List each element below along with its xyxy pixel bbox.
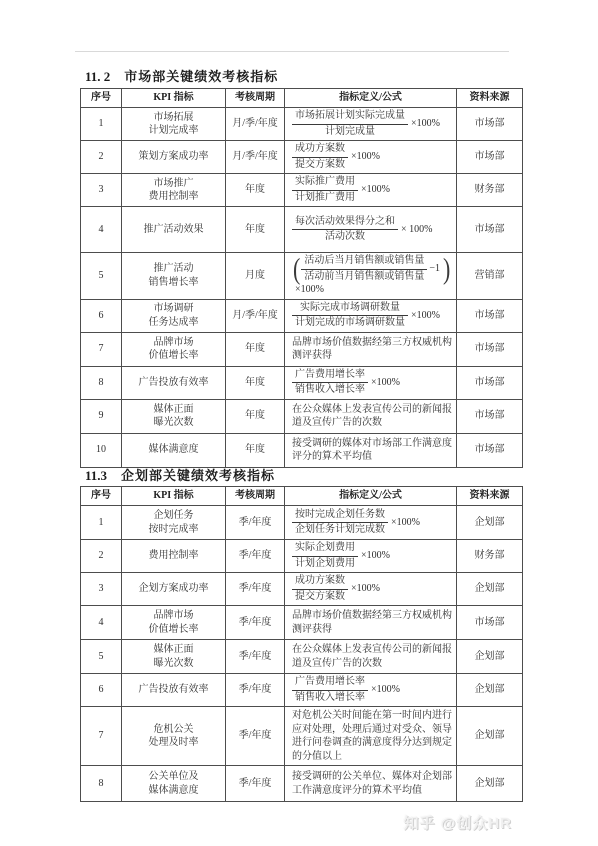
col-header-period: 考核周期 bbox=[226, 487, 285, 506]
cell-source: 财务部 bbox=[457, 540, 523, 573]
formula: 市场拓展计划实际完成量计划完成量×100% bbox=[292, 118, 440, 129]
cell-kpi: 广告投放有效率 bbox=[122, 674, 226, 707]
cell-index: 1 bbox=[81, 506, 122, 540]
cell-index: 5 bbox=[81, 253, 122, 300]
cell-formula: 成功方案数提交方案数×100% bbox=[285, 573, 457, 606]
cell-source: 企划部 bbox=[457, 674, 523, 707]
cell-source: 市场部 bbox=[457, 606, 523, 640]
fraction-denominator: 销售收入增长率 bbox=[292, 383, 368, 397]
cell-kpi: 策划方案成功率 bbox=[122, 141, 226, 174]
kpi-line: 曝光次数 bbox=[126, 657, 221, 671]
fraction-numerator: 成功方案数 bbox=[292, 575, 348, 590]
cell-kpi: 费用控制率 bbox=[122, 540, 226, 573]
kpi-line: 市场推广 bbox=[126, 177, 221, 191]
formula-fraction: 实际完成市场调研数量计划完成的市场调研数量 bbox=[292, 302, 408, 330]
kpi-line: 企划方案成功率 bbox=[126, 582, 221, 596]
col-header-source: 资料来源 bbox=[457, 89, 523, 108]
section-number: 11. 2 bbox=[85, 69, 110, 84]
cell-kpi: 市场拓展计划完成率 bbox=[122, 108, 226, 141]
cell-source: 市场部 bbox=[457, 299, 523, 332]
cell-kpi: 媒体正面曝光次数 bbox=[122, 399, 226, 433]
cell-index: 6 bbox=[81, 674, 122, 707]
cell-source: 市场部 bbox=[457, 207, 523, 253]
cell-period: 季/年度 bbox=[226, 640, 285, 674]
fraction-numerator: 广告费用增长率 bbox=[292, 676, 368, 691]
fraction-denominator: 计划企划费用 bbox=[292, 557, 358, 571]
cell-period: 月/季/年度 bbox=[226, 299, 285, 332]
table-row: 3企划方案成功率季/年度成功方案数提交方案数×100%企划部 bbox=[81, 573, 523, 606]
fraction-denominator: 提交方案数 bbox=[292, 158, 348, 172]
cell-index: 3 bbox=[81, 573, 122, 606]
table-row: 4品牌市场价值增长率季/年度品牌市场价值数据经第三方权威机构测评获得市场部 bbox=[81, 606, 523, 640]
formula: 接受调研的媒体对市场部工作满意度评分的算术平均值 bbox=[292, 438, 452, 463]
cell-source: 市场部 bbox=[457, 332, 523, 366]
kpi-table-marketing: 序号 KPI 指标 考核周期 指标定义/公式 资料来源 1市场拓展计划完成率月/… bbox=[80, 88, 523, 468]
table-row: 7危机公关处理及时率季/年度对危机公关时间能在第一时间内进行应对处理，处理后通过… bbox=[81, 707, 523, 766]
table-row: 5媒体正面曝光次数季/年度在公众媒体上发表宣传公司的新闻报道及宣传广告的次数企划… bbox=[81, 640, 523, 674]
cell-kpi: 企划任务按时完成率 bbox=[122, 506, 226, 540]
cell-source: 市场部 bbox=[457, 108, 523, 141]
right-paren: ) bbox=[442, 254, 451, 284]
formula-multiplier: ×100% bbox=[371, 376, 400, 390]
table-header-row: 序号 KPI 指标 考核周期 指标定义/公式 资料来源 bbox=[81, 487, 523, 506]
document-page: 11. 2市场部关键绩效考核指标 序号 KPI 指标 考核周期 指标定义/公式 … bbox=[0, 0, 598, 846]
cell-kpi: 品牌市场价值增长率 bbox=[122, 332, 226, 366]
fraction-denominator: 活动前当月销售额或销售量 bbox=[301, 270, 427, 284]
formula: 按时完成企划任务数企划任务计划完成数×100% bbox=[292, 517, 420, 528]
table-row: 3市场推广费用控制率年度实际推广费用计划推广费用×100%财务部 bbox=[81, 174, 523, 207]
kpi-line: 媒体正面 bbox=[126, 643, 221, 657]
cell-formula: 品牌市场价值数据经第三方权威机构测评获得 bbox=[285, 332, 457, 366]
formula-fraction: 按时完成企划任务数企划任务计划完成数 bbox=[292, 509, 388, 537]
kpi-line: 价值增长率 bbox=[126, 623, 221, 637]
cell-index: 5 bbox=[81, 640, 122, 674]
fraction-numerator: 成功方案数 bbox=[292, 143, 348, 158]
section-title: 市场部关键绩效考核指标 bbox=[124, 69, 278, 84]
section-heading-11-2: 11. 2市场部关键绩效考核指标 bbox=[85, 66, 278, 85]
cell-index: 4 bbox=[81, 606, 122, 640]
fraction-numerator: 实际企划费用 bbox=[292, 542, 358, 557]
cell-source: 企划部 bbox=[457, 640, 523, 674]
formula: 接受调研的公关单位、媒体对企划部工作满意度评分的算术平均值 bbox=[292, 771, 452, 796]
formula-text: 品牌市场价值数据经第三方权威机构测评获得 bbox=[292, 610, 452, 635]
cell-index: 4 bbox=[81, 207, 122, 253]
formula-text: 品牌市场价值数据经第三方权威机构测评获得 bbox=[292, 337, 452, 362]
cell-period: 季/年度 bbox=[226, 766, 285, 802]
col-header-kpi: KPI 指标 bbox=[122, 487, 226, 506]
fraction-denominator: 提交方案数 bbox=[292, 590, 348, 604]
cell-source: 市场部 bbox=[457, 366, 523, 399]
cell-index: 3 bbox=[81, 174, 122, 207]
cell-index: 6 bbox=[81, 299, 122, 332]
formula: 广告费用增长率销售收入增长率×100% bbox=[292, 377, 400, 388]
kpi-line: 品牌市场 bbox=[126, 336, 221, 350]
cell-formula: (活动后当月销售额或销售量活动前当月销售额或销售量−1)×100% bbox=[285, 253, 457, 300]
formula: 实际企划费用计划企划费用×100% bbox=[292, 550, 390, 561]
fraction-denominator: 计划推广费用 bbox=[292, 191, 358, 205]
kpi-line: 处理及时率 bbox=[126, 736, 221, 750]
cell-period: 年度 bbox=[226, 207, 285, 253]
cell-source: 市场部 bbox=[457, 433, 523, 467]
col-header-formula: 指标定义/公式 bbox=[285, 487, 457, 506]
table-row: 8公关单位及媒体满意度季/年度接受调研的公关单位、媒体对企划部工作满意度评分的算… bbox=[81, 766, 523, 802]
fraction-numerator: 市场拓展计划实际完成量 bbox=[292, 110, 408, 125]
cell-source: 市场部 bbox=[457, 141, 523, 174]
cell-formula: 实际完成市场调研数量计划完成的市场调研数量×100% bbox=[285, 299, 457, 332]
kpi-line: 广告投放有效率 bbox=[126, 683, 221, 697]
fraction-denominator: 计划完成量 bbox=[292, 125, 408, 139]
kpi-line: 销售增长率 bbox=[126, 276, 221, 290]
formula-fraction: 市场拓展计划实际完成量计划完成量 bbox=[292, 110, 408, 138]
formula: 广告费用增长率销售收入增长率×100% bbox=[292, 684, 400, 695]
fraction-numerator: 实际推广费用 bbox=[292, 176, 358, 191]
fraction-numerator: 广告费用增长率 bbox=[292, 369, 368, 384]
kpi-line: 媒体满意度 bbox=[126, 443, 221, 457]
cell-formula: 广告费用增长率销售收入增长率×100% bbox=[285, 674, 457, 707]
cell-period: 年度 bbox=[226, 366, 285, 399]
formula-fraction: 成功方案数提交方案数 bbox=[292, 575, 348, 603]
kpi-line: 计划完成率 bbox=[126, 124, 221, 138]
cell-period: 月/季/年度 bbox=[226, 108, 285, 141]
kpi-line: 媒体正面 bbox=[126, 403, 221, 417]
fraction-denominator: 销售收入增长率 bbox=[292, 691, 368, 705]
formula-multiplier: ×100% bbox=[391, 516, 420, 530]
formula: 在公众媒体上发表宣传公司的新闻报道及宣传广告的次数 bbox=[292, 644, 452, 669]
header-rule bbox=[75, 51, 509, 52]
kpi-line: 推广活动效果 bbox=[126, 223, 221, 237]
cell-source: 企划部 bbox=[457, 707, 523, 766]
cell-source: 企划部 bbox=[457, 573, 523, 606]
formula-multiplier: ×100% bbox=[411, 309, 440, 323]
formula: (活动后当月销售额或销售量活动前当月销售额或销售量−1)×100% bbox=[292, 263, 451, 295]
cell-formula: 对危机公关时间能在第一时间内进行应对处理，处理后通过对受众、领导进行问卷调查的满… bbox=[285, 707, 457, 766]
formula-fraction: 成功方案数提交方案数 bbox=[292, 143, 348, 171]
kpi-line: 推广活动 bbox=[126, 262, 221, 276]
kpi-line: 危机公关 bbox=[126, 723, 221, 737]
fraction-numerator: 实际完成市场调研数量 bbox=[292, 302, 408, 317]
cell-source: 市场部 bbox=[457, 399, 523, 433]
table-body-planning: 1企划任务按时完成率季/年度按时完成企划任务数企划任务计划完成数×100%企划部… bbox=[81, 506, 523, 802]
formula: 每次活动效果得分之和活动次数× 100% bbox=[292, 224, 432, 235]
cell-kpi: 市场推广费用控制率 bbox=[122, 174, 226, 207]
cell-index: 9 bbox=[81, 399, 122, 433]
cell-source: 企划部 bbox=[457, 506, 523, 540]
table-row: 1企划任务按时完成率季/年度按时完成企划任务数企划任务计划完成数×100%企划部 bbox=[81, 506, 523, 540]
formula: 成功方案数提交方案数×100% bbox=[292, 583, 380, 594]
col-header-period: 考核周期 bbox=[226, 89, 285, 108]
cell-kpi: 广告投放有效率 bbox=[122, 366, 226, 399]
cell-period: 月度 bbox=[226, 253, 285, 300]
kpi-line: 曝光次数 bbox=[126, 416, 221, 430]
col-header-kpi: KPI 指标 bbox=[122, 89, 226, 108]
cell-source: 财务部 bbox=[457, 174, 523, 207]
formula-fraction: 广告费用增长率销售收入增长率 bbox=[292, 369, 368, 397]
cell-period: 年度 bbox=[226, 433, 285, 467]
cell-index: 7 bbox=[81, 707, 122, 766]
kpi-line: 价值增长率 bbox=[126, 349, 221, 363]
formula-fraction: 广告费用增长率销售收入增长率 bbox=[292, 676, 368, 704]
cell-period: 月/季/年度 bbox=[226, 141, 285, 174]
left-paren: ( bbox=[292, 254, 301, 284]
section-heading-11-3: 11.3企划部关键绩效考核指标 bbox=[85, 465, 275, 484]
cell-formula: 接受调研的公关单位、媒体对企划部工作满意度评分的算术平均值 bbox=[285, 766, 457, 802]
kpi-line: 任务达成率 bbox=[126, 316, 221, 330]
table-row: 6市场调研任务达成率月/季/年度实际完成市场调研数量计划完成的市场调研数量×10… bbox=[81, 299, 523, 332]
cell-period: 季/年度 bbox=[226, 674, 285, 707]
fraction-denominator: 计划完成的市场调研数量 bbox=[292, 316, 408, 330]
fraction-denominator: 企划任务计划完成数 bbox=[292, 523, 388, 537]
cell-period: 季/年度 bbox=[226, 506, 285, 540]
formula-text: 在公众媒体上发表宣传公司的新闻报道及宣传广告的次数 bbox=[292, 644, 452, 669]
cell-index: 2 bbox=[81, 141, 122, 174]
cell-period: 年度 bbox=[226, 399, 285, 433]
formula: 实际完成市场调研数量计划完成的市场调研数量×100% bbox=[292, 310, 440, 321]
cell-period: 季/年度 bbox=[226, 540, 285, 573]
cell-kpi: 品牌市场价值增长率 bbox=[122, 606, 226, 640]
cell-kpi: 媒体正面曝光次数 bbox=[122, 640, 226, 674]
cell-index: 8 bbox=[81, 766, 122, 802]
cell-source: 企划部 bbox=[457, 766, 523, 802]
cell-period: 年度 bbox=[226, 174, 285, 207]
formula-multiplier: × 100% bbox=[401, 223, 432, 237]
table-row: 5推广活动销售增长率月度(活动后当月销售额或销售量活动前当月销售额或销售量−1)… bbox=[81, 253, 523, 300]
cell-source: 营销部 bbox=[457, 253, 523, 300]
cell-kpi: 公关单位及媒体满意度 bbox=[122, 766, 226, 802]
formula-fraction: 活动后当月销售额或销售量活动前当月销售额或销售量 bbox=[301, 255, 427, 283]
cell-formula: 成功方案数提交方案数×100% bbox=[285, 141, 457, 174]
col-header-source: 资料来源 bbox=[457, 487, 523, 506]
fraction-numerator: 活动后当月销售额或销售量 bbox=[301, 255, 427, 270]
cell-index: 1 bbox=[81, 108, 122, 141]
cell-formula: 实际企划费用计划企划费用×100% bbox=[285, 540, 457, 573]
table-row: 10媒体满意度年度接受调研的媒体对市场部工作满意度评分的算术平均值市场部 bbox=[81, 433, 523, 467]
fraction-denominator: 活动次数 bbox=[292, 230, 398, 244]
kpi-line: 公关单位及 bbox=[126, 770, 221, 784]
cell-period: 季/年度 bbox=[226, 707, 285, 766]
formula-fraction: 每次活动效果得分之和活动次数 bbox=[292, 216, 398, 244]
table-row: 2费用控制率季/年度实际企划费用计划企划费用×100%财务部 bbox=[81, 540, 523, 573]
zhihu-watermark: 知乎 @创众HR bbox=[404, 812, 512, 833]
minus-one: −1 bbox=[429, 262, 440, 276]
cell-index: 2 bbox=[81, 540, 122, 573]
cell-period: 季/年度 bbox=[226, 573, 285, 606]
fraction-numerator: 按时完成企划任务数 bbox=[292, 509, 388, 524]
table-row: 9媒体正面曝光次数年度在公众媒体上发表宣传公司的新闻报道及宣传广告的次数市场部 bbox=[81, 399, 523, 433]
section-title: 企划部关键绩效考核指标 bbox=[121, 468, 275, 483]
formula-multiplier: ×100% bbox=[411, 117, 440, 131]
formula-multiplier: ×100% bbox=[351, 150, 380, 164]
kpi-line: 费用控制率 bbox=[126, 190, 221, 204]
cell-period: 季/年度 bbox=[226, 606, 285, 640]
table-body-marketing: 1市场拓展计划完成率月/季/年度市场拓展计划实际完成量计划完成量×100%市场部… bbox=[81, 108, 523, 468]
table-row: 4推广活动效果年度每次活动效果得分之和活动次数× 100%市场部 bbox=[81, 207, 523, 253]
cell-formula: 市场拓展计划实际完成量计划完成量×100% bbox=[285, 108, 457, 141]
formula-multiplier: ×100% bbox=[351, 582, 380, 596]
kpi-line: 企划任务 bbox=[126, 509, 221, 523]
kpi-line: 策划方案成功率 bbox=[126, 150, 221, 164]
table-row: 6广告投放有效率季/年度广告费用增长率销售收入增长率×100%企划部 bbox=[81, 674, 523, 707]
kpi-line: 按时完成率 bbox=[126, 523, 221, 537]
formula-fraction: 实际推广费用计划推广费用 bbox=[292, 176, 358, 204]
cell-kpi: 市场调研任务达成率 bbox=[122, 299, 226, 332]
formula-text: 接受调研的媒体对市场部工作满意度评分的算术平均值 bbox=[292, 438, 452, 463]
kpi-line: 费用控制率 bbox=[126, 549, 221, 563]
cell-period: 年度 bbox=[226, 332, 285, 366]
table-row: 1市场拓展计划完成率月/季/年度市场拓展计划实际完成量计划完成量×100%市场部 bbox=[81, 108, 523, 141]
kpi-line: 品牌市场 bbox=[126, 609, 221, 623]
table-row: 8广告投放有效率年度广告费用增长率销售收入增长率×100%市场部 bbox=[81, 366, 523, 399]
cell-formula: 按时完成企划任务数企划任务计划完成数×100% bbox=[285, 506, 457, 540]
section-number: 11.3 bbox=[85, 468, 107, 483]
formula: 实际推广费用计划推广费用×100% bbox=[292, 184, 390, 195]
formula-text: 对危机公关时间能在第一时间内进行应对处理，处理后通过对受众、领导进行问卷调查的满… bbox=[292, 710, 452, 762]
cell-formula: 品牌市场价值数据经第三方权威机构测评获得 bbox=[285, 606, 457, 640]
kpi-line: 市场拓展 bbox=[126, 111, 221, 125]
formula-multiplier: ×100% bbox=[371, 683, 400, 697]
kpi-line: 媒体满意度 bbox=[126, 784, 221, 798]
cell-index: 8 bbox=[81, 366, 122, 399]
cell-formula: 每次活动效果得分之和活动次数× 100% bbox=[285, 207, 457, 253]
formula-multiplier: ×100% bbox=[361, 549, 390, 563]
cell-kpi: 危机公关处理及时率 bbox=[122, 707, 226, 766]
table-row: 2策划方案成功率月/季/年度成功方案数提交方案数×100%市场部 bbox=[81, 141, 523, 174]
cell-formula: 接受调研的媒体对市场部工作满意度评分的算术平均值 bbox=[285, 433, 457, 467]
cell-index: 10 bbox=[81, 433, 122, 467]
formula-text: 接受调研的公关单位、媒体对企划部工作满意度评分的算术平均值 bbox=[292, 771, 452, 796]
kpi-line: 市场调研 bbox=[126, 302, 221, 316]
cell-formula: 在公众媒体上发表宣传公司的新闻报道及宣传广告的次数 bbox=[285, 640, 457, 674]
formula: 品牌市场价值数据经第三方权威机构测评获得 bbox=[292, 610, 452, 635]
col-header-index: 序号 bbox=[81, 487, 122, 506]
cell-kpi: 企划方案成功率 bbox=[122, 573, 226, 606]
formula-text: 在公众媒体上发表宣传公司的新闻报道及宣传广告的次数 bbox=[292, 404, 452, 429]
formula: 对危机公关时间能在第一时间内进行应对处理，处理后通过对受众、领导进行问卷调查的满… bbox=[292, 710, 452, 762]
cell-formula: 在公众媒体上发表宣传公司的新闻报道及宣传广告的次数 bbox=[285, 399, 457, 433]
cell-kpi: 媒体满意度 bbox=[122, 433, 226, 467]
cell-formula: 实际推广费用计划推广费用×100% bbox=[285, 174, 457, 207]
table-row: 7品牌市场价值增长率年度品牌市场价值数据经第三方权威机构测评获得市场部 bbox=[81, 332, 523, 366]
formula: 在公众媒体上发表宣传公司的新闻报道及宣传广告的次数 bbox=[292, 404, 452, 429]
formula-fraction: 实际企划费用计划企划费用 bbox=[292, 542, 358, 570]
cell-formula: 广告费用增长率销售收入增长率×100% bbox=[285, 366, 457, 399]
cell-kpi: 推广活动销售增长率 bbox=[122, 253, 226, 300]
kpi-line: 广告投放有效率 bbox=[126, 376, 221, 390]
kpi-table-planning: 序号 KPI 指标 考核周期 指标定义/公式 资料来源 1企划任务按时完成率季/… bbox=[80, 486, 523, 802]
cell-index: 7 bbox=[81, 332, 122, 366]
fraction-numerator: 每次活动效果得分之和 bbox=[292, 216, 398, 231]
col-header-formula: 指标定义/公式 bbox=[285, 89, 457, 108]
formula-multiplier: ×100% bbox=[361, 183, 390, 197]
table-header-row: 序号 KPI 指标 考核周期 指标定义/公式 资料来源 bbox=[81, 89, 523, 108]
col-header-index: 序号 bbox=[81, 89, 122, 108]
cell-kpi: 推广活动效果 bbox=[122, 207, 226, 253]
formula: 品牌市场价值数据经第三方权威机构测评获得 bbox=[292, 337, 452, 362]
formula: 成功方案数提交方案数×100% bbox=[292, 151, 380, 162]
